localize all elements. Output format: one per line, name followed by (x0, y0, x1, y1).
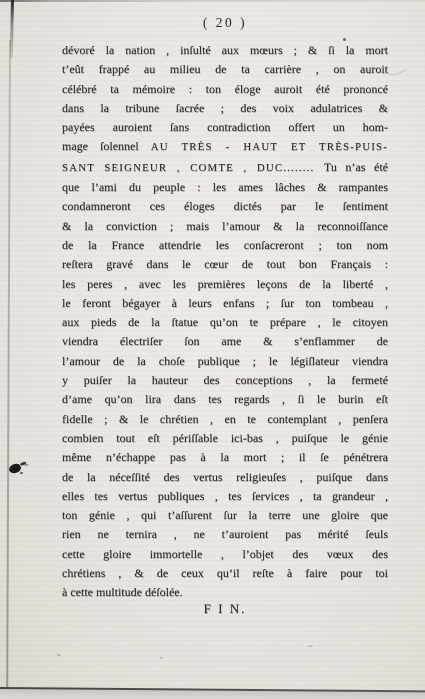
body-text: d’ame qu’on lira dans tes regards , ſi l… (62, 392, 388, 406)
page-number: ( 20 ) (62, 15, 388, 31)
text-line: viendra électriſer ſon ame & s’enflammer… (62, 332, 388, 351)
body-text: payées auroient ſans contradiction offer… (62, 120, 388, 134)
body-text: Tu n’as été (324, 160, 388, 174)
body-text: y puiſer la hauteur des conceptions , la… (62, 373, 388, 387)
body-text: chrétiens , & de ceux qu’il reſte à fair… (62, 566, 388, 580)
body-text: reſtera gravé dans le cœur de tout bon F… (62, 257, 388, 271)
fin-label: F I N. (62, 601, 388, 617)
text-line: célébré ta mémoire : ton éloge auroit ét… (62, 80, 388, 99)
dust-speck (343, 38, 346, 41)
text-line: aux pieds de la ſtatue qu’on te prépare … (62, 313, 388, 332)
body-text: les peres , avec les premières leçons de… (62, 277, 388, 291)
text-line: de la néceſſité des vertus religieuſes ,… (62, 468, 388, 487)
text-line: combien tout eſt périſſable ici-bas , pu… (62, 429, 388, 448)
text-line: reſtera gravé dans le cœur de tout bon F… (62, 255, 388, 274)
body-text: cette gloire immortelle , l’objet des vœ… (62, 547, 388, 561)
text-line: le feront bégayer à leurs enfans ; ſur t… (62, 294, 388, 313)
smallcaps-text: SANT SEIGNEUR , COMTE , DUC........ (62, 162, 324, 174)
dust-speck (160, 657, 163, 659)
body-text: mage ſolennel (62, 139, 151, 153)
top-edge-smudge (0, 0, 425, 2)
body-text: dévoré la nation , inſulté aux mœurs ; &… (62, 43, 388, 57)
text-line: t’eût frappé au milieu de ta carrière , … (62, 60, 388, 79)
ink-speck (20, 472, 23, 474)
text-line: y puiſer la hauteur des conceptions , la… (62, 371, 388, 390)
text-line: payées auroient ſans contradiction offer… (62, 118, 388, 137)
text-line: mage ſolennel AU TRÈS - HAUT ET TRÈS-PUI… (62, 137, 388, 157)
text-block: dévoré la nation , inſulté aux mœurs ; &… (62, 41, 388, 603)
body-text: & la conviction ; mais l’amour & la reco… (62, 219, 388, 233)
text-line: SANT SEIGNEUR , COMTE , DUC........ Tu n… (62, 158, 388, 178)
body-text: de la France attendrie les conſacreront … (62, 238, 388, 252)
body-text: ton génie , qui t’aſſurent ſur la terre … (62, 508, 388, 522)
text-line: à cette multitude déſolée. (62, 583, 388, 602)
text-line: dans la tribune ſacrée ; des voix adulat… (62, 99, 388, 118)
text-line: les peres , avec les premières leçons de… (62, 275, 388, 294)
body-text: condamneront ces éloges dictés par le ſe… (62, 199, 388, 213)
text-line: même n’échappe pas à la mort ; il ſe pén… (62, 448, 388, 467)
text-line: elles tes vertus publiques , tes ſervice… (62, 487, 388, 506)
text-line: condamneront ces éloges dictés par le ſe… (62, 197, 388, 216)
body-text: que l’ami du peuple : les ames lâches & … (62, 180, 388, 194)
text-line: rien ne ternira , ne t’auroient pas méri… (62, 525, 388, 544)
body-text: fidelle ; & le chrétien , en te contempl… (62, 412, 388, 426)
body-text: dans la tribune ſacrée ; des voix adulat… (62, 101, 388, 115)
text-line: chrétiens , & de ceux qu’il reſte à fair… (62, 564, 388, 583)
text-line: de la France attendrie les conſacreront … (62, 236, 388, 255)
text-line: que l’ami du peuple : les ames lâches & … (62, 178, 388, 197)
body-text: aux pieds de la ſtatue qu’on te prépare … (62, 315, 388, 329)
body-text: combien tout eſt périſſable ici-bas , pu… (62, 431, 388, 445)
text-line: ton génie , qui t’aſſurent ſur la terre … (62, 506, 388, 525)
body-text: rien ne ternira , ne t’auroient pas méri… (62, 527, 388, 541)
body-text: célébré ta mémoire : ton éloge auroit ét… (62, 82, 388, 96)
body-text: à cette multitude déſolée. (62, 585, 183, 599)
body-text: le feront bégayer à leurs enfans ; ſur t… (62, 296, 388, 310)
text-line: dévoré la nation , inſulté aux mœurs ; &… (62, 41, 388, 60)
body-text: viendra électriſer ſon ame & s’enflammer… (62, 334, 388, 348)
text-line: l’amour de la choſe publique ; le légiſl… (62, 352, 388, 371)
text-line: cette gloire immortelle , l’objet des vœ… (62, 545, 388, 564)
text-line: & la conviction ; mais l’amour & la reco… (62, 217, 388, 236)
body-text: même n’échappe pas à la mort ; il ſe pén… (62, 450, 388, 464)
body-text: l’amour de la choſe publique ; le légiſl… (62, 354, 388, 368)
text-line: d’ame qu’on lira dans tes regards , ſi l… (62, 390, 388, 409)
text-line: fidelle ; & le chrétien , en te contempl… (62, 410, 388, 429)
book-page-scan: ( 20 ) dévoré la nation , inſulté aux mœ… (0, 0, 425, 699)
body-text: de la néceſſité des vertus religieuſes ,… (62, 470, 388, 484)
body-text: elles tes vertus publiques , tes ſervice… (62, 489, 388, 503)
body-text: t’eût frappé au milieu de ta carrière , … (62, 62, 388, 76)
smallcaps-text: AU TRÈS - HAUT ET TRÈS-PUIS- (151, 141, 388, 153)
